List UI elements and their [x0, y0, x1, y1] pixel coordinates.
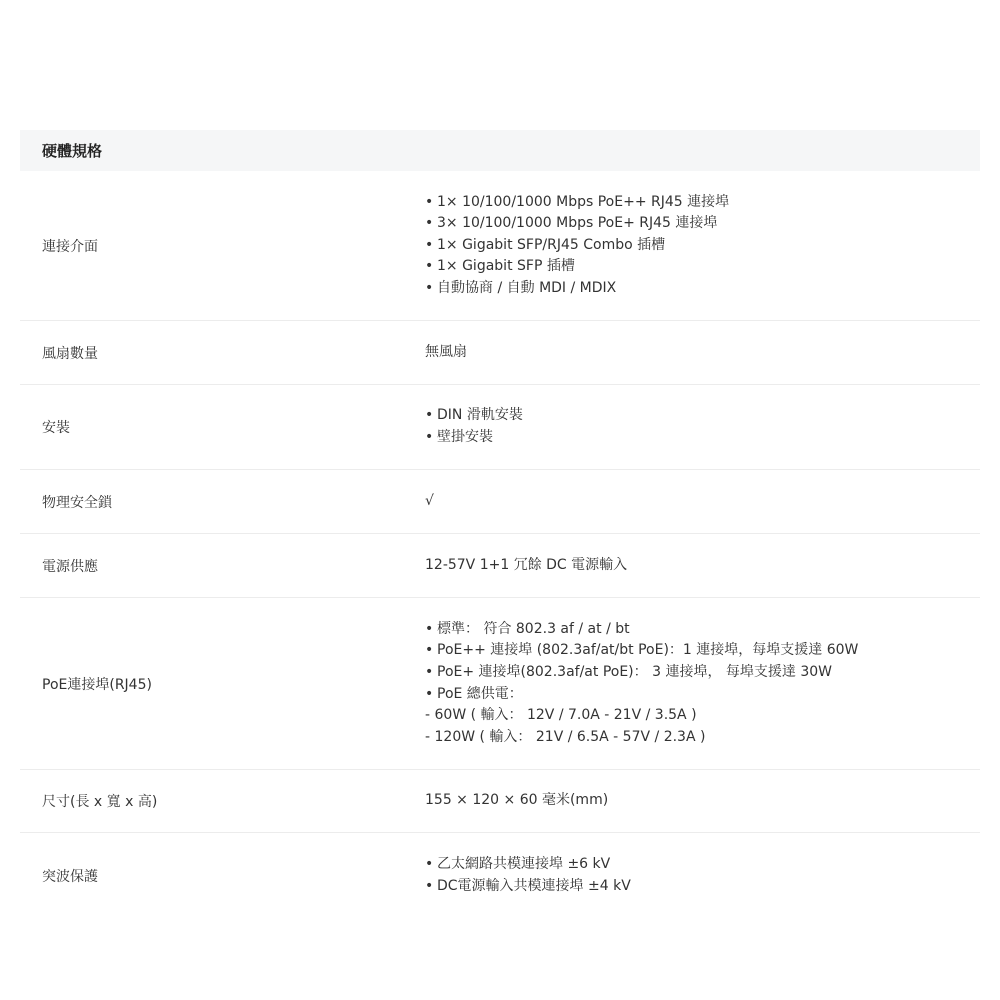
list-item: •1× Gigabit SFP/RJ45 Combo 插槽: [425, 235, 980, 257]
list-item: •壁掛安裝: [425, 427, 980, 449]
spec-row-fans: 風扇數量 無風扇: [20, 321, 980, 385]
spec-label: 電源供應: [20, 556, 425, 576]
spec-label: 安裝: [20, 417, 425, 437]
sub-list-item: - 60W ( 輸入： 12V / 7.0A - 21V / 3.5A ): [425, 705, 980, 727]
list-item: •DIN 滑軌安裝: [425, 405, 980, 427]
spec-value: 155 × 120 × 60 毫米(mm): [425, 790, 980, 812]
spec-list: •乙太網路共模連接埠 ±6 kV •DC電源輸入共模連接埠 ±4 kV: [425, 854, 980, 897]
bullet-icon: •: [425, 427, 437, 449]
spec-value: 12-57V 1+1 冗餘 DC 電源輸入: [425, 555, 980, 577]
sub-list-item: - 120W ( 輸入： 21V / 6.5A - 57V / 2.3A ): [425, 727, 980, 749]
bullet-icon: •: [425, 192, 437, 214]
spec-list: •1× 10/100/1000 Mbps PoE++ RJ45 連接埠 •3× …: [425, 192, 980, 300]
bullet-icon: •: [425, 684, 437, 706]
list-item: •自動協商 / 自動 MDI / MDIX: [425, 278, 980, 300]
spec-value: 無風扇: [425, 342, 980, 364]
list-item: •3× 10/100/1000 Mbps PoE+ RJ45 連接埠: [425, 213, 980, 235]
spec-row-mounting: 安裝 •DIN 滑軌安裝 •壁掛安裝: [20, 385, 980, 470]
spec-list: •DIN 滑軌安裝 •壁掛安裝: [425, 405, 980, 448]
list-item: •DC電源輸入共模連接埠 ±4 kV: [425, 876, 980, 898]
section-title: 硬體規格: [42, 140, 102, 161]
list-item: •1× 10/100/1000 Mbps PoE++ RJ45 連接埠: [425, 192, 980, 214]
list-item: •乙太網路共模連接埠 ±6 kV: [425, 854, 980, 876]
spec-label: PoE連接埠(RJ45): [20, 674, 425, 694]
spec-value: •DIN 滑軌安裝 •壁掛安裝: [425, 405, 980, 448]
spec-value: •乙太網路共模連接埠 ±6 kV •DC電源輸入共模連接埠 ±4 kV: [425, 854, 980, 897]
section-header: 硬體規格: [20, 130, 980, 171]
bullet-icon: •: [425, 235, 437, 257]
spec-label: 連接介面: [20, 236, 425, 256]
list-item: •1× Gigabit SFP 插槽: [425, 256, 980, 278]
bullet-icon: •: [425, 662, 437, 684]
bullet-icon: •: [425, 640, 437, 662]
hardware-spec-table: 硬體規格 連接介面 •1× 10/100/1000 Mbps PoE++ RJ4…: [20, 130, 980, 919]
bullet-icon: •: [425, 619, 437, 641]
spec-label: 尺寸(長 x 寬 x 高): [20, 791, 425, 811]
spec-value: •1× 10/100/1000 Mbps PoE++ RJ45 連接埠 •3× …: [425, 192, 980, 300]
bullet-icon: •: [425, 278, 437, 300]
bullet-icon: •: [425, 213, 437, 235]
spec-row-poe-ports: PoE連接埠(RJ45) •標準： 符合 802.3 af / at / bt …: [20, 598, 980, 770]
spec-value: •標準： 符合 802.3 af / at / bt •PoE++ 連接埠 (8…: [425, 619, 980, 749]
spec-label: 突波保護: [20, 866, 425, 886]
spec-row-power-supply: 電源供應 12-57V 1+1 冗餘 DC 電源輸入: [20, 534, 980, 598]
bullet-icon: •: [425, 876, 437, 898]
spec-row-security-lock: 物理安全鎖 √: [20, 470, 980, 534]
bullet-icon: •: [425, 256, 437, 278]
spec-row-interfaces: 連接介面 •1× 10/100/1000 Mbps PoE++ RJ45 連接埠…: [20, 171, 980, 321]
list-item: •PoE+ 連接埠(802.3af/at PoE)： 3 連接埠， 每埠支援達 …: [425, 662, 980, 684]
spec-row-surge-protection: 突波保護 •乙太網路共模連接埠 ±6 kV •DC電源輸入共模連接埠 ±4 kV: [20, 833, 980, 919]
list-item: •標準： 符合 802.3 af / at / bt: [425, 619, 980, 641]
list-item: •PoE++ 連接埠 (802.3af/at/bt PoE)：1 連接埠，每埠支…: [425, 640, 980, 662]
spec-label: 風扇數量: [20, 343, 425, 363]
bullet-icon: •: [425, 405, 437, 427]
list-item: •PoE 總供電：: [425, 684, 980, 706]
bullet-icon: •: [425, 854, 437, 876]
spec-row-dimensions: 尺寸(長 x 寬 x 高) 155 × 120 × 60 毫米(mm): [20, 770, 980, 833]
spec-label: 物理安全鎖: [20, 492, 425, 512]
spec-list: •標準： 符合 802.3 af / at / bt •PoE++ 連接埠 (8…: [425, 619, 980, 749]
check-icon: √: [425, 491, 980, 513]
